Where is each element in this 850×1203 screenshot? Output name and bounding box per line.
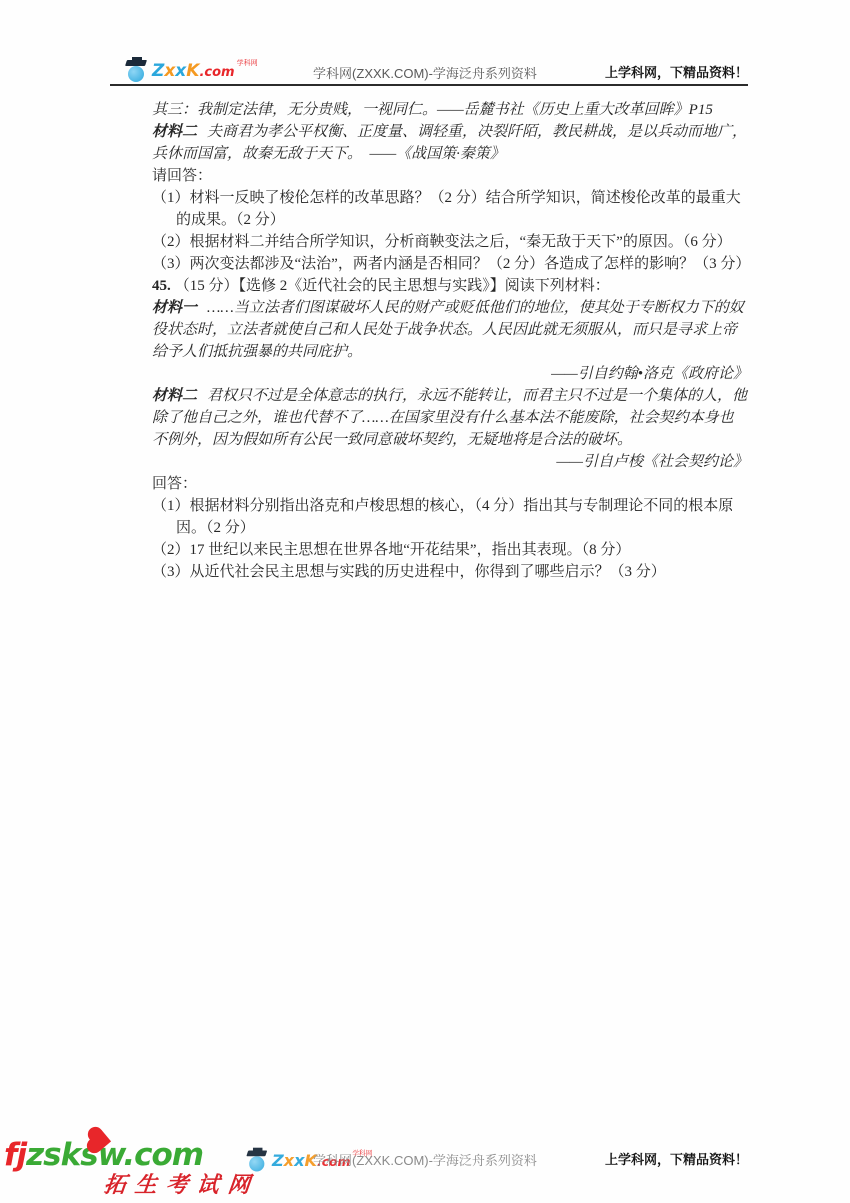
exam-body: 其三：我制定法律，无分贵贱，一视同仁。——岳麓书社《历史上重大改革回眸》P15 … [152,99,748,583]
watermark-site-name: 拓生考试网 [102,1168,260,1199]
footer-center-text: 学科网(ZXXK.COM)-学海泛舟系列资料 [250,1150,600,1169]
q44-subquestion-2: （2）根据材料二并结合所学知识，分析商鞅变法之后，“秦无敌于天下”的原因。（6 … [152,231,748,253]
q45-material-2: 材料二君权只不过是全体意志的执行，永远不能转让，而君主只不过是一个集体的人，他除… [152,385,748,451]
q45-material-1-text: ……当立法者们图谋破坏人民的财产或贬低他们的地位，使其处于专断权力下的奴役状态时… [152,300,744,360]
header-right-text: 上学科网，下精品资料！ [605,62,748,81]
q45-subquestion-3: （3）从近代社会民主思想与实践的历史进程中，你得到了哪些启示？（3 分） [152,561,748,583]
q45-material-1: 材料一……当立法者们图谋破坏人民的财产或贬低他们的地位，使其处于专断权力下的奴役… [152,297,748,363]
exam-page: ZxxK.com 学科网 学科网(ZXXK.COM)-学海泛舟系列资料 上学科网… [0,0,850,1203]
q45-heading-text: （15 分）【选修 2《近代社会的民主思想与实践》】阅读下列材料： [175,278,610,294]
zxxk-logo-text: ZxxK.com [152,61,235,81]
q45-material-2-text: 君权只不过是全体意志的执行，永远不能转让，而君主只不过是一个集体的人，他除了他自… [152,388,747,448]
q45-number: 45. [152,278,171,294]
q44-subquestion-1: （1）材料一反映了梭伦怎样的改革思路？（2 分）结合所学知识，简述梭伦改革的最重… [152,187,748,231]
q45-material-1-label: 材料一 [152,300,197,316]
graduation-cap-icon [125,58,149,84]
header-divider [110,84,748,86]
q44-material-2-text: 夫商君为孝公平权衡、正度量、调轻重，决裂阡陌，教民耕战，是以兵动而地广，兵休而国… [152,124,747,162]
q45-answer-prompt: 回答： [152,473,748,495]
q45-material-2-source: ——引自卢梭《社会契约论》 [152,451,748,473]
q44-answer-prompt: 请回答： [152,165,748,187]
q44-quote-3: 其三：我制定法律，无分贵贱，一视同仁。——岳麓书社《历史上重大改革回眸》P15 [152,99,748,121]
q45-subquestion-1: （1）根据材料分别指出洛克和卢梭思想的核心，（4 分）指出其与专制理论不同的根本… [152,495,748,539]
header-center-text: 学科网(ZXXK.COM)-学海泛舟系列资料 [250,63,600,82]
q45-material-2-label: 材料二 [152,388,197,404]
q44-subquestion-3: （3）两次变法都涉及“法治”，两者内涵是否相同？（2 分）各造成了怎样的影响？（… [152,253,748,275]
q45-material-1-source: ——引自约翰•洛克《政府论》 [152,363,748,385]
footer-right-text: 上学科网，下精品资料！ [605,1149,748,1168]
q45-heading: 45.（15 分）【选修 2《近代社会的民主思想与实践》】阅读下列材料： [152,275,748,297]
zxxk-logo: ZxxK.com 学科网 [125,56,258,86]
q44-material-2: 材料二夫商君为孝公平权衡、正度量、调轻重，决裂阡陌，教民耕战，是以兵动而地广，兵… [152,121,748,165]
q45-subquestion-2: （2）17 世纪以来民主思想在世界各地“开花结果”，指出其表现。（8 分） [152,539,748,561]
q44-material-2-label: 材料二 [152,124,197,140]
